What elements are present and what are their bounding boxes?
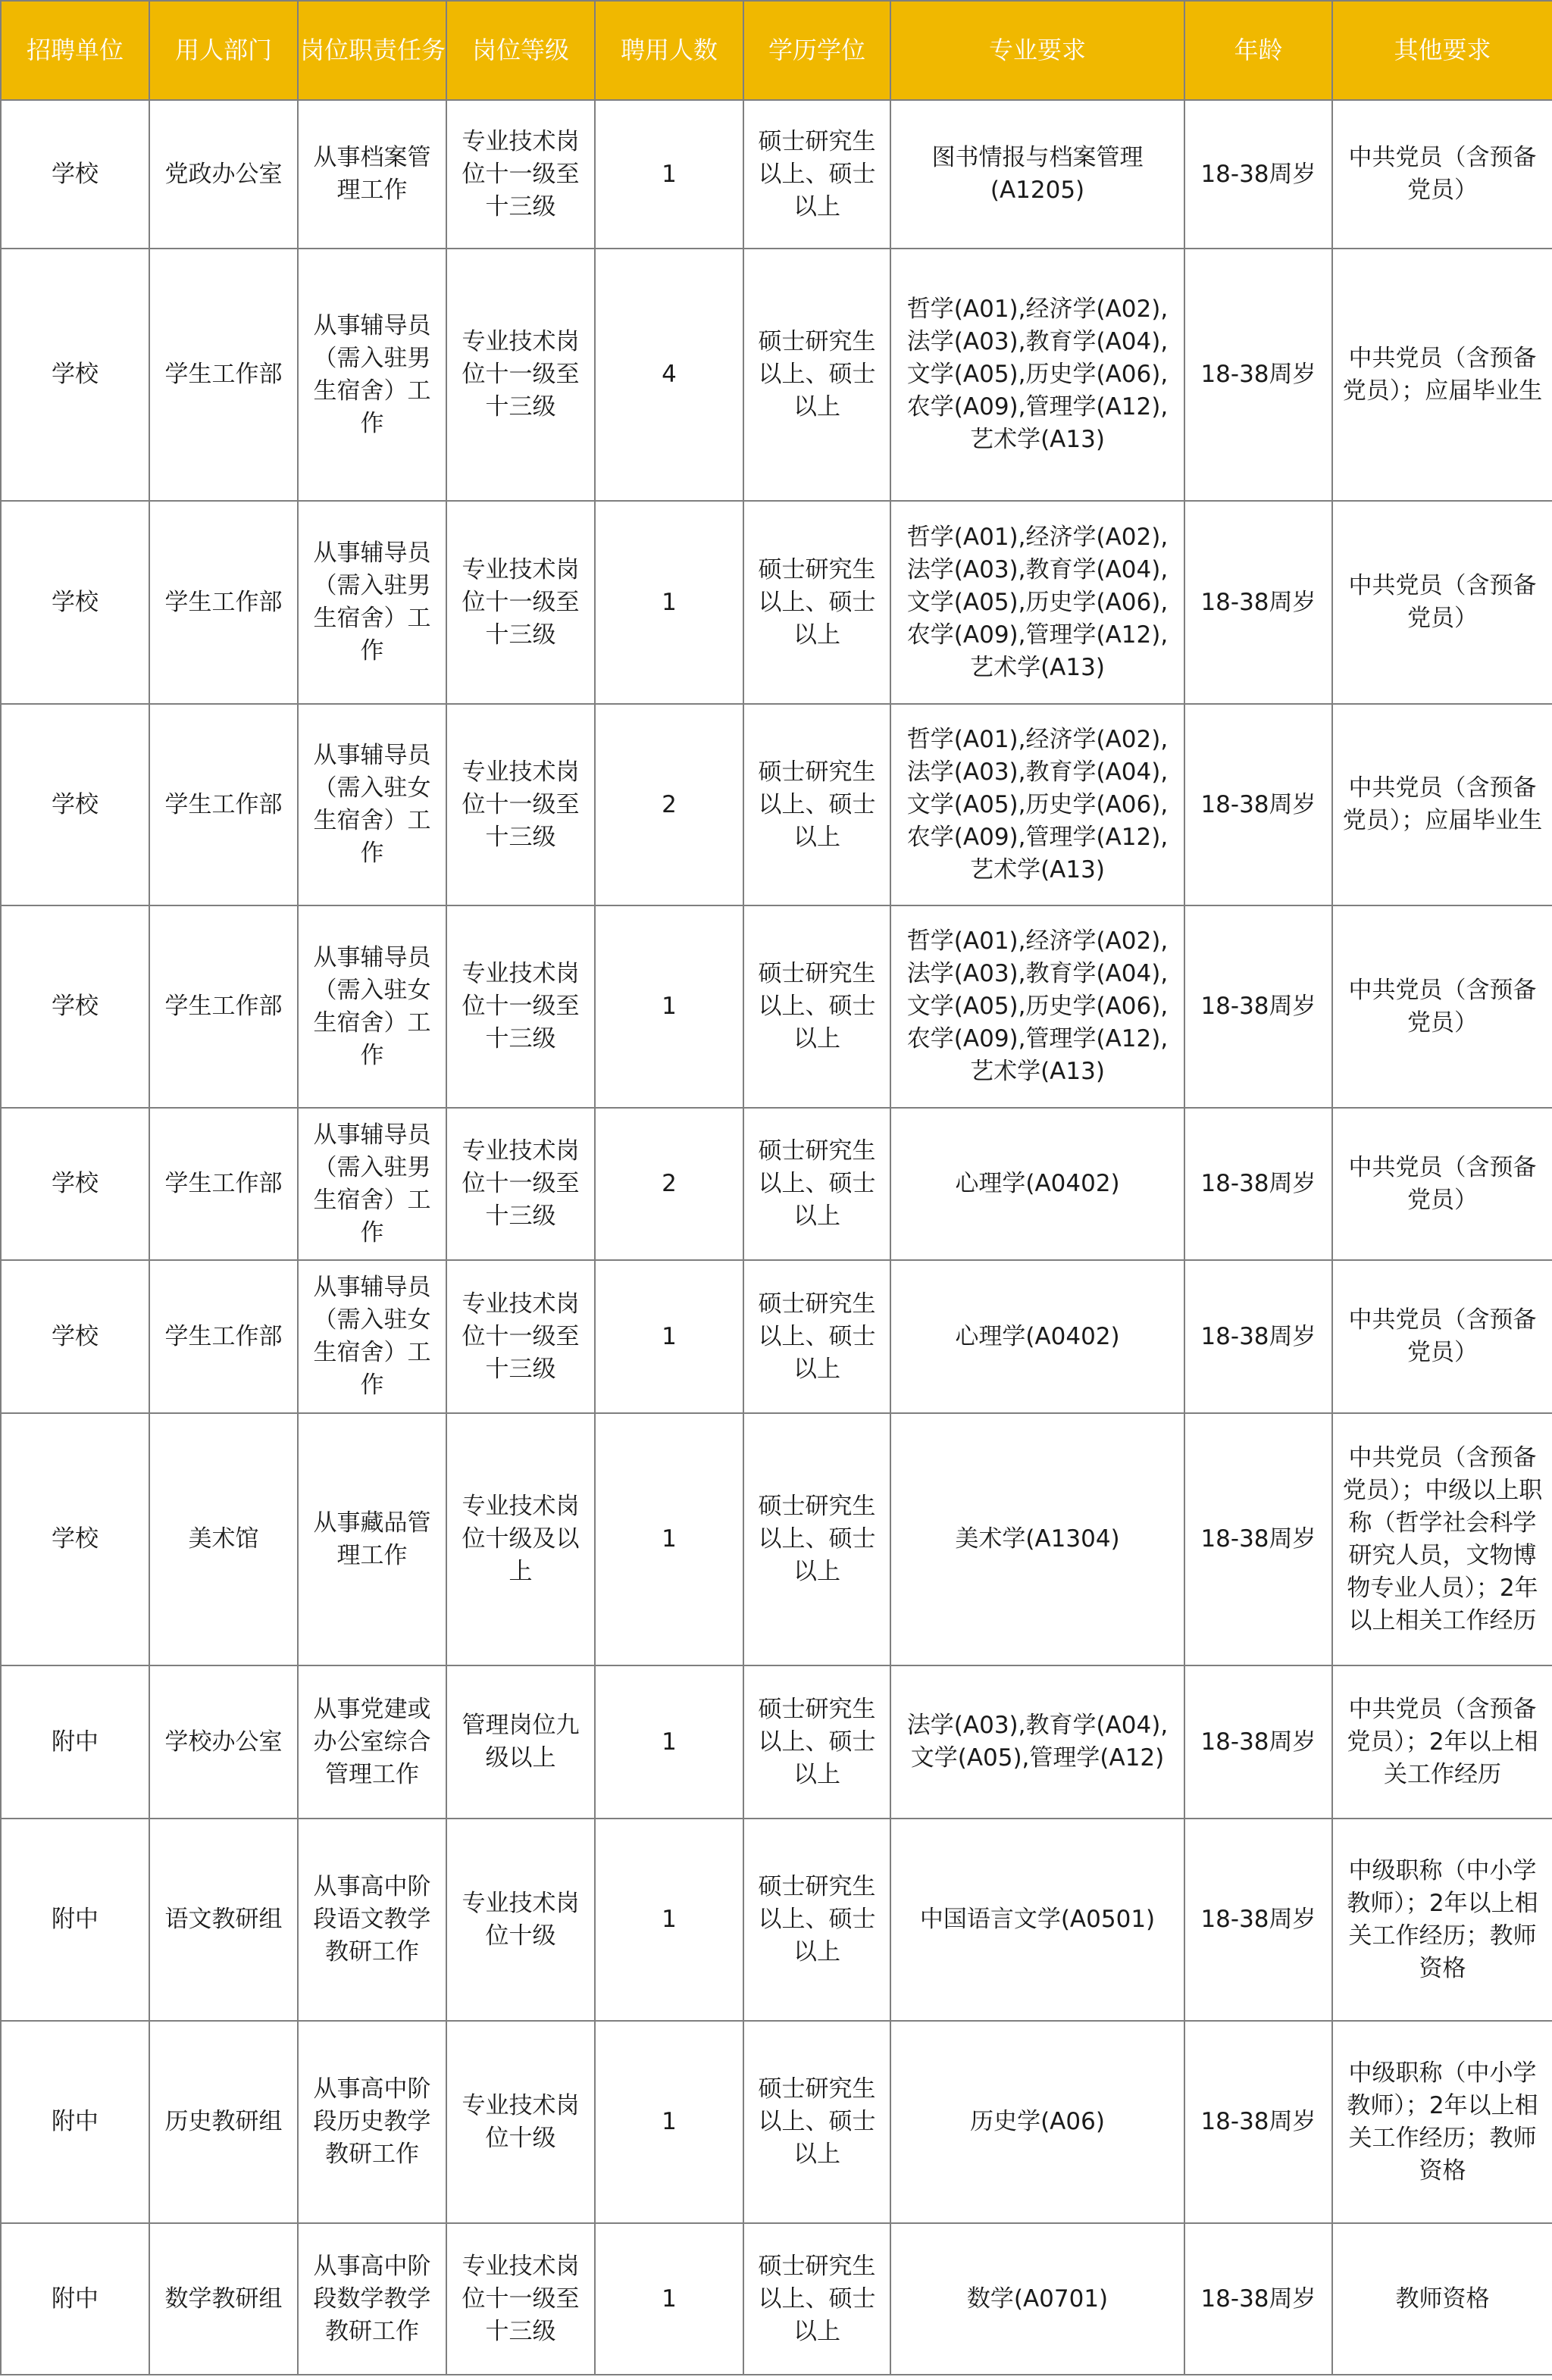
cell-education: 硕士研究生以上、硕士以上 (743, 249, 890, 501)
cell-other: 教师资格 (1332, 2223, 1552, 2375)
cell-age: 18-38周岁 (1184, 905, 1332, 1108)
cell-major: 哲学(A01),经济学(A02),法学(A03),教育学(A04),文学(A05… (890, 905, 1184, 1108)
cell-level: 专业技术岗位十一级至十三级 (446, 704, 595, 905)
cell-unit: 学校 (1, 905, 149, 1108)
cell-education: 硕士研究生以上、硕士以上 (743, 704, 890, 905)
cell-other: 中共党员（含预备党员） (1332, 905, 1552, 1108)
cell-count: 2 (595, 704, 743, 905)
cell-major: 历史学(A06) (890, 2021, 1184, 2223)
cell-education: 硕士研究生以上、硕士以上 (743, 100, 890, 249)
cell-level: 专业技术岗位十一级至十三级 (446, 100, 595, 249)
cell-unit: 学校 (1, 1108, 149, 1260)
cell-level: 专业技术岗位十一级至十三级 (446, 1260, 595, 1413)
cell-level: 专业技术岗位十级 (446, 1819, 595, 2021)
major-line: 美术学(A1304) (900, 1523, 1175, 1556)
major-line: 图书情报与档案管理 (900, 142, 1175, 174)
cell-duty: 从事党建或办公室综合管理工作 (298, 1665, 446, 1819)
major-line: 法学(A03),教育学(A04), (900, 326, 1175, 358)
table-row: 学校学生工作部从事辅导员（需入驻女生宿舍）工作专业技术岗位十一级至十三级1硕士研… (1, 905, 1552, 1108)
table-row: 附中学校办公室从事党建或办公室综合管理工作管理岗位九级以上1硕士研究生以上、硕士… (1, 1665, 1552, 1819)
major-line: 艺术学(A13) (900, 652, 1175, 684)
major-line: 法学(A03),教育学(A04), (900, 958, 1175, 990)
cell-education: 硕士研究生以上、硕士以上 (743, 1665, 890, 1819)
major-line: 哲学(A01),经济学(A02), (900, 925, 1175, 958)
cell-count: 1 (595, 2021, 743, 2223)
cell-count: 1 (595, 905, 743, 1108)
table-row: 附中历史教研组从事高中阶段历史教学教研工作专业技术岗位十级1硕士研究生以上、硕士… (1, 2021, 1552, 2223)
cell-count: 1 (595, 1665, 743, 1819)
major-line: 哲学(A01),经济学(A02), (900, 724, 1175, 756)
cell-major: 美术学(A1304) (890, 1413, 1184, 1665)
cell-duty: 从事辅导员（需入驻女生宿舍）工作 (298, 905, 446, 1108)
major-line: 农学(A09),管理学(A12), (900, 1023, 1175, 1056)
header-level: 岗位等级 (446, 1, 595, 100)
cell-dept: 党政办公室 (149, 100, 298, 249)
cell-duty: 从事高中阶段历史教学教研工作 (298, 2021, 446, 2223)
cell-level: 管理岗位九级以上 (446, 1665, 595, 1819)
cell-duty: 从事辅导员（需入驻男生宿舍）工作 (298, 501, 446, 704)
cell-count: 1 (595, 1260, 743, 1413)
cell-level: 专业技术岗位十一级至十三级 (446, 1108, 595, 1260)
cell-count: 1 (595, 1413, 743, 1665)
cell-major: 哲学(A01),经济学(A02),法学(A03),教育学(A04),文学(A05… (890, 501, 1184, 704)
cell-dept: 学生工作部 (149, 1260, 298, 1413)
major-line: 历史学(A06) (900, 2106, 1175, 2138)
cell-unit: 学校 (1, 249, 149, 501)
cell-count: 4 (595, 249, 743, 501)
header-duty: 岗位职责任务 (298, 1, 446, 100)
cell-education: 硕士研究生以上、硕士以上 (743, 2223, 890, 2375)
cell-education: 硕士研究生以上、硕士以上 (743, 1819, 890, 2021)
cell-education: 硕士研究生以上、硕士以上 (743, 501, 890, 704)
cell-level: 专业技术岗位十一级至十三级 (446, 249, 595, 501)
cell-dept: 数学教研组 (149, 2223, 298, 2375)
cell-other: 中共党员（含预备党员） (1332, 100, 1552, 249)
table-row: 学校学生工作部从事辅导员（需入驻男生宿舍）工作专业技术岗位十一级至十三级4硕士研… (1, 249, 1552, 501)
cell-dept: 语文教研组 (149, 1819, 298, 2021)
major-line: 艺术学(A13) (900, 424, 1175, 456)
cell-age: 18-38周岁 (1184, 704, 1332, 905)
cell-dept: 学校办公室 (149, 1665, 298, 1819)
cell-age: 18-38周岁 (1184, 1108, 1332, 1260)
cell-major: 数学(A0701) (890, 2223, 1184, 2375)
major-line: 农学(A09),管理学(A12), (900, 619, 1175, 652)
cell-level: 专业技术岗位十级及以上 (446, 1413, 595, 1665)
cell-level: 专业技术岗位十一级至十三级 (446, 2223, 595, 2375)
cell-age: 18-38周岁 (1184, 249, 1332, 501)
header-unit: 招聘单位 (1, 1, 149, 100)
cell-duty: 从事藏品管理工作 (298, 1413, 446, 1665)
cell-major: 中国语言文学(A0501) (890, 1819, 1184, 2021)
cell-other: 中共党员（含预备党员） (1332, 1108, 1552, 1260)
cell-major: 心理学(A0402) (890, 1260, 1184, 1413)
cell-other: 中共党员（含预备党员）；应届毕业生 (1332, 249, 1552, 501)
table-header: 招聘单位 用人部门 岗位职责任务 岗位等级 聘用人数 学历学位 专业要求 年龄 … (1, 1, 1552, 100)
cell-unit: 附中 (1, 1819, 149, 2021)
cell-level: 专业技术岗位十级 (446, 2021, 595, 2223)
cell-dept: 学生工作部 (149, 704, 298, 905)
cell-dept: 美术馆 (149, 1413, 298, 1665)
cell-other: 中共党员（含预备党员）；中级以上职称（哲学社会科学研究人员，文物博物专业人员）；… (1332, 1413, 1552, 1665)
major-line: 心理学(A0402) (900, 1168, 1175, 1200)
table-row: 附中语文教研组从事高中阶段语文教学教研工作专业技术岗位十级1硕士研究生以上、硕士… (1, 1819, 1552, 2021)
cell-unit: 附中 (1, 2021, 149, 2223)
cell-count: 1 (595, 501, 743, 704)
cell-other: 中共党员（含预备党员）；应届毕业生 (1332, 704, 1552, 905)
recruitment-table: 招聘单位 用人部门 岗位职责任务 岗位等级 聘用人数 学历学位 专业要求 年龄 … (0, 0, 1552, 2375)
cell-other: 中共党员（含预备党员）；2年以上相关工作经历 (1332, 1665, 1552, 1819)
cell-count: 1 (595, 100, 743, 249)
cell-major: 法学(A03),教育学(A04),文学(A05),管理学(A12) (890, 1665, 1184, 1819)
cell-duty: 从事辅导员（需入驻女生宿舍）工作 (298, 1260, 446, 1413)
cell-major: 哲学(A01),经济学(A02),法学(A03),教育学(A04),文学(A05… (890, 704, 1184, 905)
header-count: 聘用人数 (595, 1, 743, 100)
table-row: 学校学生工作部从事辅导员（需入驻女生宿舍）工作专业技术岗位十一级至十三级1硕士研… (1, 1260, 1552, 1413)
header-dept: 用人部门 (149, 1, 298, 100)
cell-age: 18-38周岁 (1184, 1413, 1332, 1665)
cell-education: 硕士研究生以上、硕士以上 (743, 1260, 890, 1413)
cell-age: 18-38周岁 (1184, 100, 1332, 249)
cell-dept: 学生工作部 (149, 905, 298, 1108)
cell-dept: 历史教研组 (149, 2021, 298, 2223)
cell-count: 2 (595, 1108, 743, 1260)
cell-education: 硕士研究生以上、硕士以上 (743, 1413, 890, 1665)
major-line: 文学(A05),历史学(A06), (900, 358, 1175, 391)
cell-age: 18-38周岁 (1184, 1819, 1332, 2021)
cell-major: 心理学(A0402) (890, 1108, 1184, 1260)
major-line: 法学(A03),教育学(A04), (900, 1709, 1175, 1742)
major-line: (A1205) (900, 174, 1175, 207)
cell-other: 中级职称（中小学教师）；2年以上相关工作经历；教师资格 (1332, 2021, 1552, 2223)
major-line: 艺术学(A13) (900, 1056, 1175, 1088)
cell-dept: 学生工作部 (149, 501, 298, 704)
table-row: 学校美术馆从事藏品管理工作专业技术岗位十级及以上1硕士研究生以上、硕士以上美术学… (1, 1413, 1552, 1665)
cell-count: 1 (595, 2223, 743, 2375)
cell-other: 中级职称（中小学教师）；2年以上相关工作经历；教师资格 (1332, 1819, 1552, 2021)
cell-duty: 从事辅导员（需入驻女生宿舍）工作 (298, 704, 446, 905)
header-education: 学历学位 (743, 1, 890, 100)
cell-duty: 从事辅导员（需入驻男生宿舍）工作 (298, 249, 446, 501)
cell-age: 18-38周岁 (1184, 2021, 1332, 2223)
header-other: 其他要求 (1332, 1, 1552, 100)
cell-level: 专业技术岗位十一级至十三级 (446, 501, 595, 704)
cell-age: 18-38周岁 (1184, 1260, 1332, 1413)
cell-duty: 从事高中阶段数学教学教研工作 (298, 2223, 446, 2375)
table-row: 学校学生工作部从事辅导员（需入驻男生宿舍）工作专业技术岗位十一级至十三级1硕士研… (1, 501, 1552, 704)
major-line: 文学(A05),历史学(A06), (900, 789, 1175, 821)
cell-other: 中共党员（含预备党员） (1332, 1260, 1552, 1413)
major-line: 农学(A09),管理学(A12), (900, 821, 1175, 854)
header-age: 年龄 (1184, 1, 1332, 100)
major-line: 哲学(A01),经济学(A02), (900, 521, 1175, 554)
major-line: 数学(A0701) (900, 2283, 1175, 2316)
cell-unit: 学校 (1, 1260, 149, 1413)
major-line: 法学(A03),教育学(A04), (900, 756, 1175, 789)
cell-unit: 学校 (1, 501, 149, 704)
table-row: 附中数学教研组从事高中阶段数学教学教研工作专业技术岗位十一级至十三级1硕士研究生… (1, 2223, 1552, 2375)
header-row: 招聘单位 用人部门 岗位职责任务 岗位等级 聘用人数 学历学位 专业要求 年龄 … (1, 1, 1552, 100)
cell-level: 专业技术岗位十一级至十三级 (446, 905, 595, 1108)
cell-education: 硕士研究生以上、硕士以上 (743, 1108, 890, 1260)
cell-age: 18-38周岁 (1184, 1665, 1332, 1819)
table-body: 学校党政办公室从事档案管理工作专业技术岗位十一级至十三级1硕士研究生以上、硕士以… (1, 100, 1552, 2375)
cell-dept: 学生工作部 (149, 249, 298, 501)
cell-unit: 学校 (1, 1413, 149, 1665)
major-line: 文学(A05),历史学(A06), (900, 586, 1175, 619)
header-major: 专业要求 (890, 1, 1184, 100)
cell-count: 1 (595, 1819, 743, 2021)
cell-major: 图书情报与档案管理(A1205) (890, 100, 1184, 249)
major-line: 中国语言文学(A0501) (900, 1903, 1175, 1936)
cell-duty: 从事档案管理工作 (298, 100, 446, 249)
cell-education: 硕士研究生以上、硕士以上 (743, 905, 890, 1108)
cell-dept: 学生工作部 (149, 1108, 298, 1260)
major-line: 哲学(A01),经济学(A02), (900, 293, 1175, 326)
table-row: 学校党政办公室从事档案管理工作专业技术岗位十一级至十三级1硕士研究生以上、硕士以… (1, 100, 1552, 249)
table-row: 学校学生工作部从事辅导员（需入驻女生宿舍）工作专业技术岗位十一级至十三级2硕士研… (1, 704, 1552, 905)
major-line: 文学(A05),历史学(A06), (900, 990, 1175, 1023)
major-line: 心理学(A0402) (900, 1321, 1175, 1353)
cell-unit: 附中 (1, 2223, 149, 2375)
cell-unit: 附中 (1, 1665, 149, 1819)
cell-education: 硕士研究生以上、硕士以上 (743, 2021, 890, 2223)
major-line: 法学(A03),教育学(A04), (900, 554, 1175, 586)
cell-other: 中共党员（含预备党员） (1332, 501, 1552, 704)
major-line: 农学(A09),管理学(A12), (900, 391, 1175, 424)
major-line: 艺术学(A13) (900, 854, 1175, 887)
cell-age: 18-38周岁 (1184, 2223, 1332, 2375)
cell-duty: 从事辅导员（需入驻男生宿舍）工作 (298, 1108, 446, 1260)
major-line: 文学(A05),管理学(A12) (900, 1742, 1175, 1775)
cell-duty: 从事高中阶段语文教学教研工作 (298, 1819, 446, 2021)
cell-major: 哲学(A01),经济学(A02),法学(A03),教育学(A04),文学(A05… (890, 249, 1184, 501)
cell-age: 18-38周岁 (1184, 501, 1332, 704)
table-row: 学校学生工作部从事辅导员（需入驻男生宿舍）工作专业技术岗位十一级至十三级2硕士研… (1, 1108, 1552, 1260)
cell-unit: 学校 (1, 100, 149, 249)
cell-unit: 学校 (1, 704, 149, 905)
